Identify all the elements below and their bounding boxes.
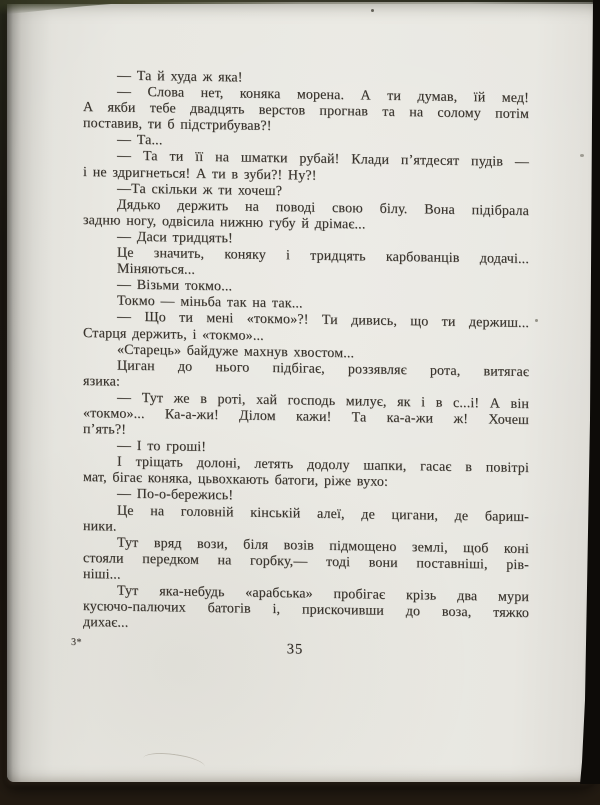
page-top-edge — [0, 0, 600, 4]
paper-speck — [580, 154, 584, 157]
crease-mark — [142, 750, 206, 775]
page-text-block: — Та й худа ж яка!— Слова нет, коняка мо… — [83, 68, 529, 663]
paper-speck — [371, 9, 374, 12]
folio-row: 3* 35 — [83, 638, 529, 663]
book-page: — Та й худа ж яка!— Слова нет, коняка мо… — [7, 2, 596, 782]
gutter-shadow — [7, 2, 53, 782]
text-lines: — Та й худа ж яка!— Слова нет, коняка мо… — [83, 68, 529, 638]
page-number: 35 — [72, 638, 518, 661]
book-photo: — Та й худа ж яка!— Слова нет, коняка мо… — [0, 0, 600, 805]
paper-speck — [535, 319, 538, 322]
